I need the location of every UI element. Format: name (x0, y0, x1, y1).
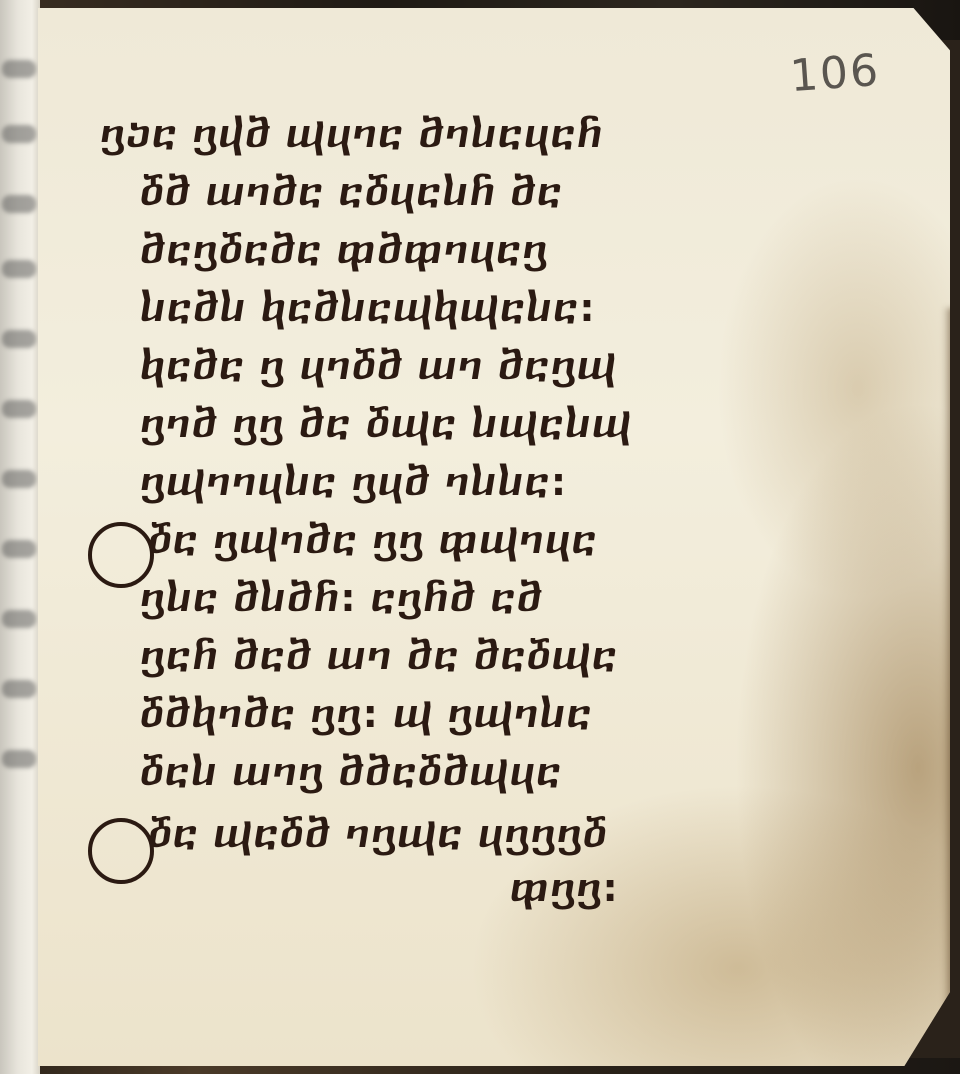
facing-page-edge (0, 0, 40, 1074)
text-line: ⴂⴈⴋ ⴂⴂ ⴋⴀ ⴃⴓⴀ ⴑⴓⴀⴑⴓ (140, 402, 632, 446)
bleed-through-mark (2, 195, 36, 213)
water-stain (943, 308, 960, 1008)
bleed-through-mark (2, 470, 36, 488)
text-line: ⴂⴓⴈⴈⴗⴑⴀ ⴂⴗⴋ ⴈⴑⴑⴀ: (140, 460, 567, 504)
folio-number: 106 (788, 45, 881, 102)
text-line: ⴃⴀ ⴂⴓⴈⴋⴀ ⴂⴂ ⴔⴓⴈⴗⴀ (148, 518, 598, 562)
text-line: ⴋⴀⴂⴃⴀⴋⴀ ⴔⴋⴔⴈⴗⴀⴂ (140, 228, 549, 272)
bleed-through-mark (2, 330, 36, 348)
text-line: ⴃⴋ ⴍⴈⴋⴀ ⴀⴃⴗⴀⴑⴌ ⴋⴀ (140, 170, 563, 214)
text-line: ⴑⴀⴋⴑ ⴉⴀⴋⴑⴀⴓⴉⴓⴀⴑⴀ: (140, 286, 596, 330)
text-line: ⴃⴀⴑ ⴍⴈⴂ ⴋⴋⴀⴃⴋⴓⴗⴀ (140, 750, 562, 794)
text-line: ⴉⴀⴋⴀ ⴂ ⴗⴈⴃⴋ ⴍⴈ ⴋⴀⴂⴓ (140, 344, 617, 388)
text-line: ⴂⴀⴌ ⴋⴀⴋ ⴍⴈ ⴋⴀ ⴋⴀⴃⴓⴀ (140, 634, 618, 678)
bleed-through-mark (2, 400, 36, 418)
text-line: ⴔⴂⴂ: (510, 866, 619, 910)
text-line: ⴂⴢⴀ ⴂⴣⴋ ⴓⴗⴈⴀ ⴋⴈⴑⴀⴗⴀⴌ (100, 112, 603, 156)
bleed-through-mark (2, 540, 36, 558)
text-line: ⴂⴑⴀ ⴋⴑⴋⴌ: ⴀⴂⴌⴋ ⴀⴋ (140, 576, 543, 620)
text-line: ⴃⴀ ⴓⴀⴃⴋ ⴈⴂⴓⴀ ⴗⴂⴂⴂⴃ (148, 812, 608, 856)
bleed-through-mark (2, 60, 36, 78)
bleed-through-mark (2, 125, 36, 143)
bleed-through-mark (2, 750, 36, 768)
bleed-through-mark (2, 680, 36, 698)
decorated-initial (88, 818, 154, 884)
text-line: ⴃⴋⴉⴈⴋⴀ ⴂⴂ: ⴓ ⴂⴓⴈⴑⴀ (140, 692, 593, 736)
bleed-through-mark (2, 260, 36, 278)
bleed-through-mark (2, 610, 36, 628)
